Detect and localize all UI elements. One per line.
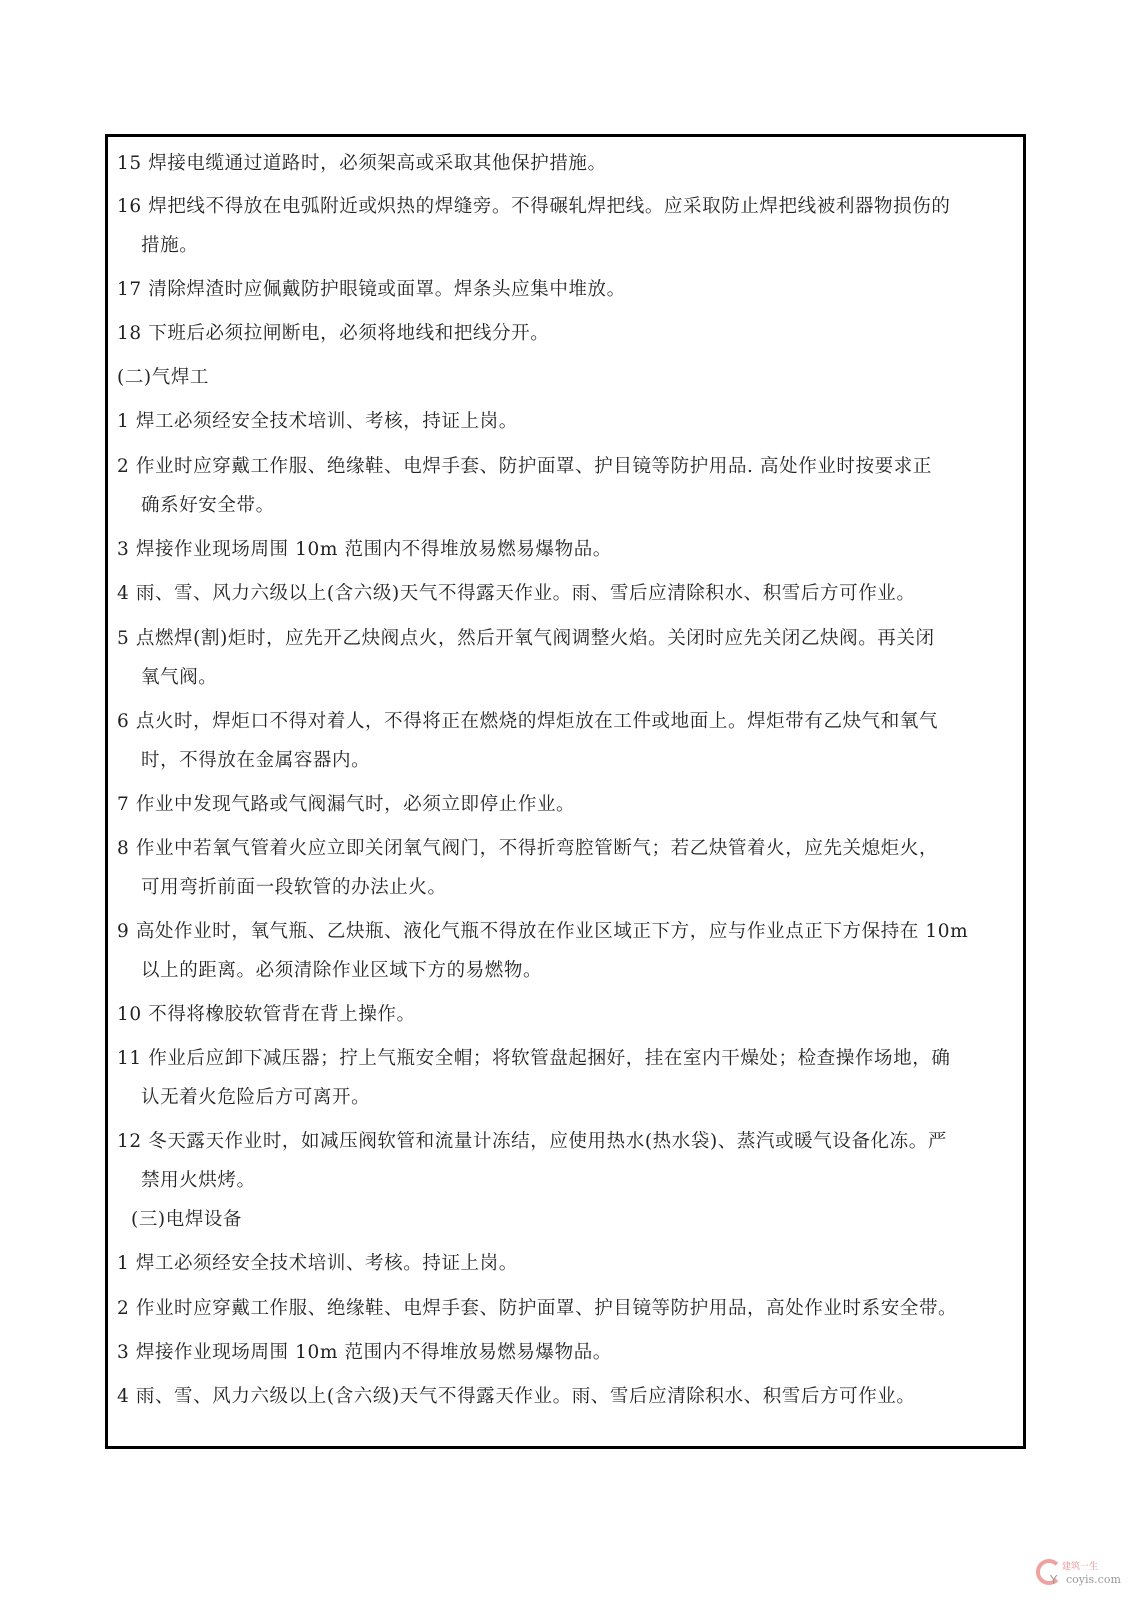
item-15: 15 焊接电缆通过道路时，必须架高或采取其他保护措施。 (117, 152, 607, 176)
gas-item-1: 1 焊工必须经安全技术培训、考核，持证上岗。 (117, 410, 518, 434)
gas-item-9-cont: 以上的距离。必须清除作业区域下方的易燃物。 (141, 959, 542, 983)
gas-item-2-cont: 确系好安全带。 (141, 494, 275, 518)
gas-item-7: 7 作业中发现气路或气阀漏气时，必须立即停止作业。 (117, 793, 575, 817)
section-heading-electric-welding-equipment: (三)电焊设备 (131, 1208, 242, 1232)
section-heading-gas-welder: (二)气焊工 (117, 366, 209, 390)
gas-item-6-cont: 时，不得放在金属容器内。 (141, 749, 370, 773)
watermark-brand: 建筑一生 (1062, 1559, 1098, 1572)
watermark-url: coyis.com (1066, 1573, 1121, 1586)
gas-item-12: 12 冬天露天作业时，如减压阀软管和流量计冻结，应使用热水(热水袋)、蒸汽或暖气… (117, 1130, 947, 1154)
gas-item-3: 3 焊接作业现场周围 10m 范围内不得堆放易燃易爆物品。 (117, 538, 612, 562)
equip-item-1: 1 焊工必须经安全技术培训、考核。持证上岗。 (117, 1252, 518, 1276)
item-16-cont: 措施。 (141, 234, 198, 258)
equip-item-3: 3 焊接作业现场周围 10m 范围内不得堆放易燃易爆物品。 (117, 1341, 612, 1365)
gas-item-10: 10 不得将橡胶软管背在背上操作。 (117, 1003, 416, 1027)
gas-item-4: 4 雨、雪、风力六级以上(含六级)天气不得露天作业。雨、雪后应清除积水、积雪后方… (117, 582, 916, 606)
item-17: 17 清除焊渣时应佩戴防护眼镜或面罩。焊条头应集中堆放。 (117, 278, 626, 302)
watermark-logo-letter: Y (1050, 1573, 1057, 1587)
gas-item-2: 2 作业时应穿戴工作服、绝缘鞋、电焊手套、防护面罩、护目镜等防护用品. 高处作业… (117, 455, 932, 479)
gas-item-11-cont: 认无着火危险后方可离开。 (141, 1086, 370, 1110)
gas-item-11: 11 作业后应卸下减压器；拧上气瓶安全帽；将软管盘起捆好，挂在室内干燥处；检查操… (117, 1047, 950, 1071)
gas-item-8-cont: 可用弯折前面一段软管的办法止火。 (141, 876, 447, 900)
gas-item-12-cont: 禁用火烘烤。 (141, 1169, 256, 1193)
item-18: 18 下班后必须拉闸断电，必须将地线和把线分开。 (117, 322, 549, 346)
watermark-logo-icon (1036, 1559, 1062, 1585)
document-content-box: 15 焊接电缆通过道路时，必须架高或采取其他保护措施。 16 焊把线不得放在电弧… (105, 134, 1026, 1449)
gas-item-8: 8 作业中若氧气管着火应立即关闭氧气阀门，不得折弯腔管断气；若乙炔管着火，应先关… (117, 837, 938, 861)
gas-item-5-cont: 氧气阀。 (141, 666, 217, 690)
equip-item-4: 4 雨、雪、风力六级以上(含六级)天气不得露天作业。雨、雪后应清除积水、积雪后方… (117, 1385, 916, 1409)
gas-item-6: 6 点火时，焊炬口不得对着人，不得将正在燃烧的焊炬放在工件或地面上。焊炬带有乙炔… (117, 710, 938, 734)
item-16: 16 焊把线不得放在电弧附近或炽热的焊缝旁。不得碾轧焊把线。应采取防止焊把线被利… (117, 195, 950, 219)
gas-item-5: 5 点燃焊(割)炬时，应先开乙炔阀点火，然后开氧气阀调整火焰。关闭时应先关闭乙炔… (117, 627, 935, 651)
watermark: Y 建筑一生 coyis.com (1026, 1553, 1126, 1593)
equip-item-2: 2 作业时应穿戴工作服、绝缘鞋、电焊手套、防护面罩、护目镜等防护用品，高处作业时… (117, 1297, 957, 1321)
gas-item-9: 9 高处作业时，氧气瓶、乙炔瓶、液化气瓶不得放在作业区域正下方，应与作业点正下方… (117, 920, 968, 944)
